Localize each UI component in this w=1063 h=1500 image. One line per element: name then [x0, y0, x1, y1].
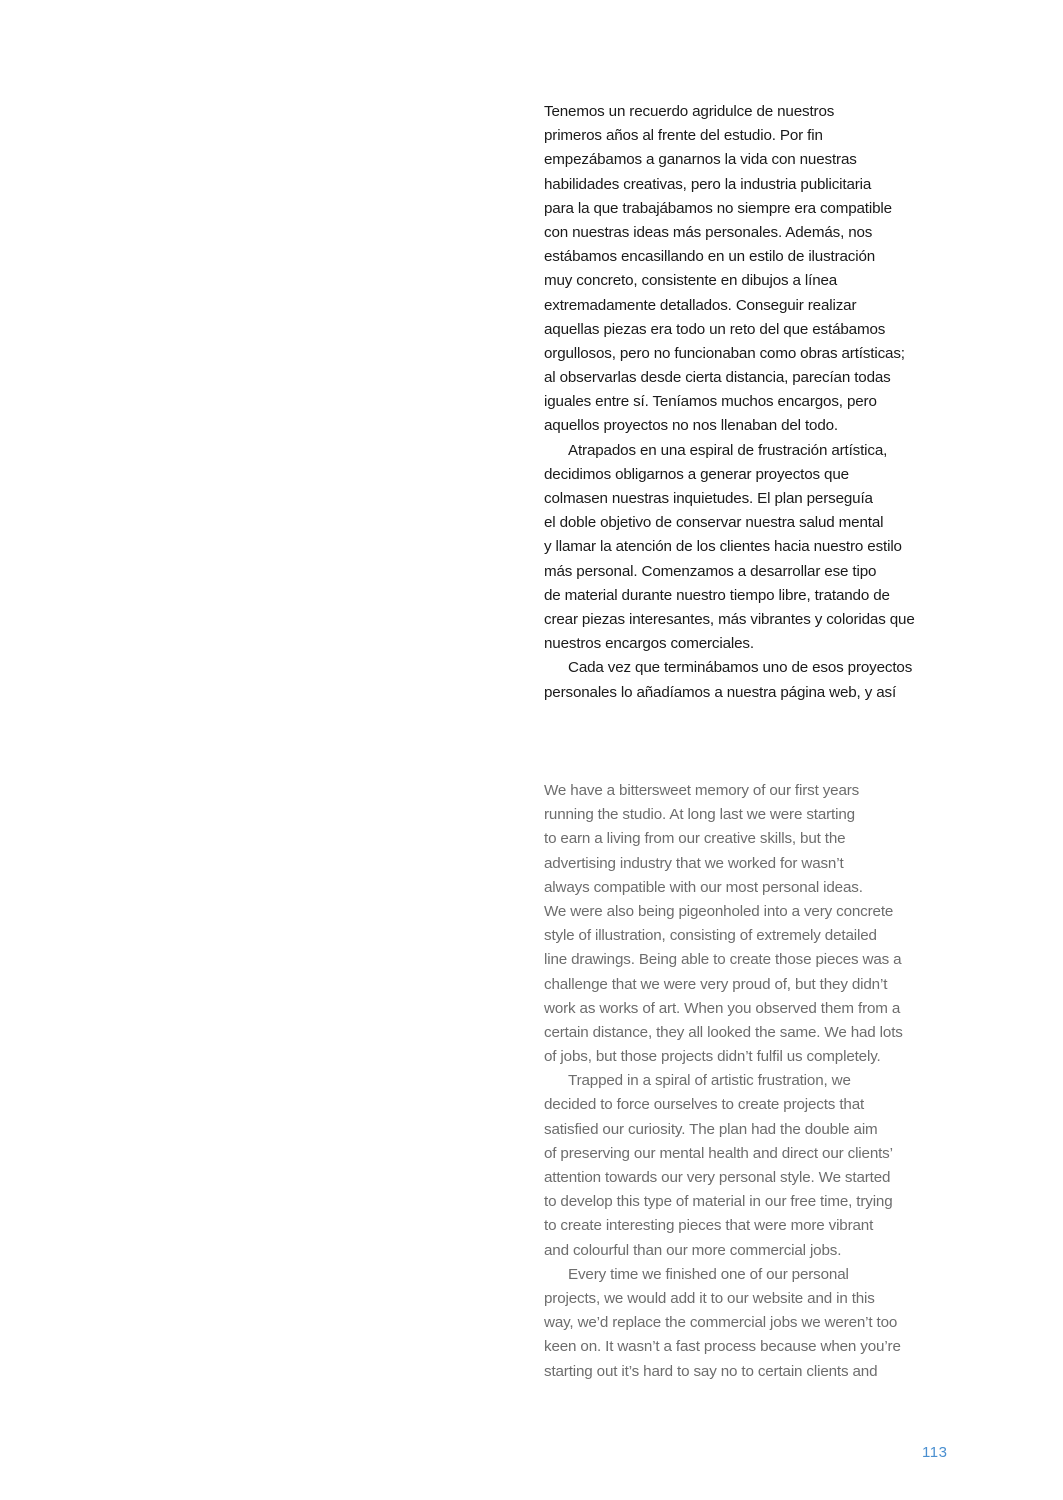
text-line: always compatible with our most personal…	[544, 876, 954, 900]
english-text-column: We have a bittersweet memory of our firs…	[544, 779, 954, 1384]
text-line: Trapped in a spiral of artistic frustrat…	[544, 1069, 954, 1093]
text-line: primeros años al frente del estudio. Por…	[544, 124, 954, 148]
text-line: y llamar la atención de los clientes hac…	[544, 535, 954, 559]
text-line: de material durante nuestro tiempo libre…	[544, 584, 954, 608]
text-line: to develop this type of material in our …	[544, 1190, 954, 1214]
text-line: muy concreto, consistente en dibujos a l…	[544, 269, 954, 293]
text-line: estábamos encasillando en un estilo de i…	[544, 245, 954, 269]
text-line: We have a bittersweet memory of our firs…	[544, 779, 954, 803]
text-line: way, we’d replace the commercial jobs we…	[544, 1311, 954, 1335]
text-line: aquellos proyectos no nos llenaban del t…	[544, 414, 954, 438]
text-line: con nuestras ideas más personales. Ademá…	[544, 221, 954, 245]
text-line: line drawings. Being able to create thos…	[544, 948, 954, 972]
text-line: colmasen nuestras inquietudes. El plan p…	[544, 487, 954, 511]
text-line: Cada vez que terminábamos uno de esos pr…	[544, 656, 954, 680]
text-line: satisfied our curiosity. The plan had th…	[544, 1118, 954, 1142]
text-line: personales lo añadíamos a nuestra página…	[544, 681, 954, 705]
text-line: style of illustration, consisting of ext…	[544, 924, 954, 948]
text-line: advertising industry that we worked for …	[544, 852, 954, 876]
text-line: We were also being pigeonholed into a ve…	[544, 900, 954, 924]
text-line: and colourful than our more commercial j…	[544, 1239, 954, 1263]
text-line: decidimos obligarnos a generar proyectos…	[544, 463, 954, 487]
text-line: crear piezas interesantes, más vibrantes…	[544, 608, 954, 632]
text-line: decided to force ourselves to create pro…	[544, 1093, 954, 1117]
text-line: orgullosos, pero no funcionaban como obr…	[544, 342, 954, 366]
text-line: starting out it’s hard to say no to cert…	[544, 1360, 954, 1384]
text-line: of jobs, but those projects didn’t fulfi…	[544, 1045, 954, 1069]
text-line: al observarlas desde cierta distancia, p…	[544, 366, 954, 390]
text-line: iguales entre sí. Teníamos muchos encarg…	[544, 390, 954, 414]
text-line: aquellas piezas era todo un reto del que…	[544, 318, 954, 342]
text-line: nuestros encargos comerciales.	[544, 632, 954, 656]
text-line: keen on. It wasn’t a fast process becaus…	[544, 1335, 954, 1359]
text-line: running the studio. At long last we were…	[544, 803, 954, 827]
text-line: to create interesting pieces that were m…	[544, 1214, 954, 1238]
text-line: más personal. Comenzamos a desarrollar e…	[544, 560, 954, 584]
text-line: challenge that we were very proud of, bu…	[544, 973, 954, 997]
text-line: work as works of art. When you observed …	[544, 997, 954, 1021]
page-number: 113	[922, 1444, 947, 1461]
text-line: para la que trabajábamos no siempre era …	[544, 197, 954, 221]
text-line: projects, we would add it to our website…	[544, 1287, 954, 1311]
text-line: el doble objetivo de conservar nuestra s…	[544, 511, 954, 535]
text-line: attention towards our very personal styl…	[544, 1166, 954, 1190]
text-line: certain distance, they all looked the sa…	[544, 1021, 954, 1045]
text-line: Every time we finished one of our person…	[544, 1263, 954, 1287]
text-line: Atrapados en una espiral de frustración …	[544, 439, 954, 463]
text-line: Tenemos un recuerdo agridulce de nuestro…	[544, 100, 954, 124]
text-line: to earn a living from our creative skill…	[544, 827, 954, 851]
spanish-text-column: Tenemos un recuerdo agridulce de nuestro…	[544, 100, 954, 705]
text-line: habilidades creativas, pero la industria…	[544, 173, 954, 197]
text-line: extremadamente detallados. Conseguir rea…	[544, 294, 954, 318]
text-line: empezábamos a ganarnos la vida con nuest…	[544, 148, 954, 172]
text-line: of preserving our mental health and dire…	[544, 1142, 954, 1166]
